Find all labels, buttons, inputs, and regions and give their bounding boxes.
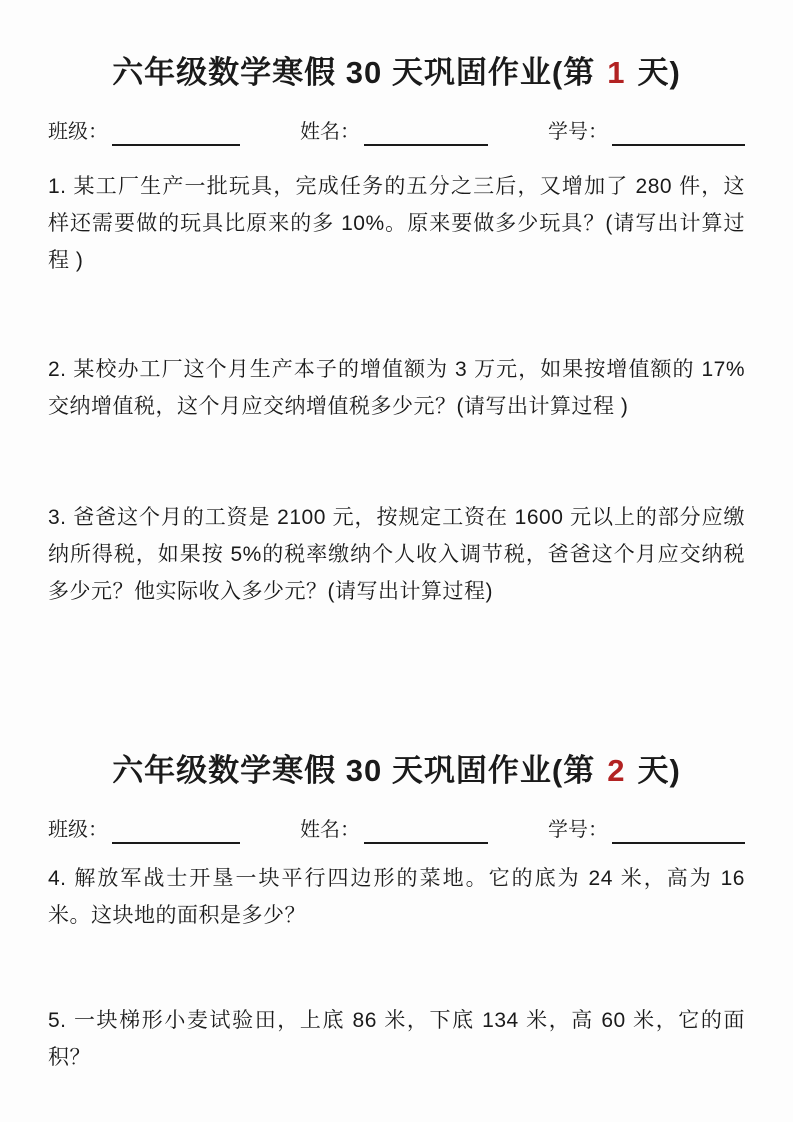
name-label: 姓名：: [300, 816, 360, 844]
title-prefix: 六年级数学寒假 30 天巩固作业(第: [112, 55, 595, 90]
name-blank-line: [364, 818, 488, 844]
question-1: 1. 某工厂生产一批玩具，完成任务的五分之三后，又增加了 280 件，这样还需要…: [48, 168, 745, 279]
question-4: 4. 解放军战士开垦一块平行四边形的菜地。它的底为 24 米，高为 16 米。这…: [48, 860, 745, 934]
name-field: 姓名：: [300, 816, 488, 844]
name-field: 姓名：: [300, 118, 488, 146]
name-label: 姓名：: [300, 118, 360, 146]
day-number: 2: [607, 753, 625, 788]
question-5: 5. 一块梯形小麦试验田，上底 86 米，下底 134 米，高 60 米，它的面…: [48, 1002, 745, 1076]
class-label: 班级：: [48, 118, 108, 146]
id-blank-line: [612, 818, 745, 844]
id-field: 学号：: [548, 118, 745, 146]
id-blank-line: [612, 120, 745, 146]
class-field: 班级：: [48, 118, 240, 146]
id-label: 学号：: [548, 118, 608, 146]
student-info-row: 班级： 姓名： 学号：: [48, 814, 745, 844]
question-2: 2. 某校办工厂这个月生产本子的增值额为 3 万元，如果按增值额的 17%交纳增…: [48, 351, 745, 425]
class-blank-line: [112, 818, 240, 844]
day-number: 1: [607, 55, 625, 90]
class-blank-line: [112, 120, 240, 146]
id-field: 学号：: [548, 816, 745, 844]
title-suffix: 天): [637, 55, 680, 90]
name-blank-line: [364, 120, 488, 146]
worksheet-section-day-2: 六年级数学寒假 30 天巩固作业(第2天) 班级： 姓名： 学号： 4. 解放军…: [48, 750, 745, 1076]
question-3: 3. 爸爸这个月的工资是 2100 元，按规定工资在 1600 元以上的部分应缴…: [48, 499, 745, 610]
title-suffix: 天): [637, 753, 680, 788]
student-info-row: 班级： 姓名： 学号：: [48, 116, 745, 146]
id-label: 学号：: [548, 816, 608, 844]
class-field: 班级：: [48, 816, 240, 844]
worksheet-section-day-1: 六年级数学寒假 30 天巩固作业(第1天) 班级： 姓名： 学号： 1. 某工厂…: [48, 0, 745, 610]
worksheet-title-day-1: 六年级数学寒假 30 天巩固作业(第1天): [48, 0, 745, 94]
class-label: 班级：: [48, 816, 108, 844]
worksheet-page: 六年级数学寒假 30 天巩固作业(第1天) 班级： 姓名： 学号： 1. 某工厂…: [0, 0, 793, 1122]
title-prefix: 六年级数学寒假 30 天巩固作业(第: [112, 753, 595, 788]
worksheet-title-day-2: 六年级数学寒假 30 天巩固作业(第2天): [48, 750, 745, 792]
